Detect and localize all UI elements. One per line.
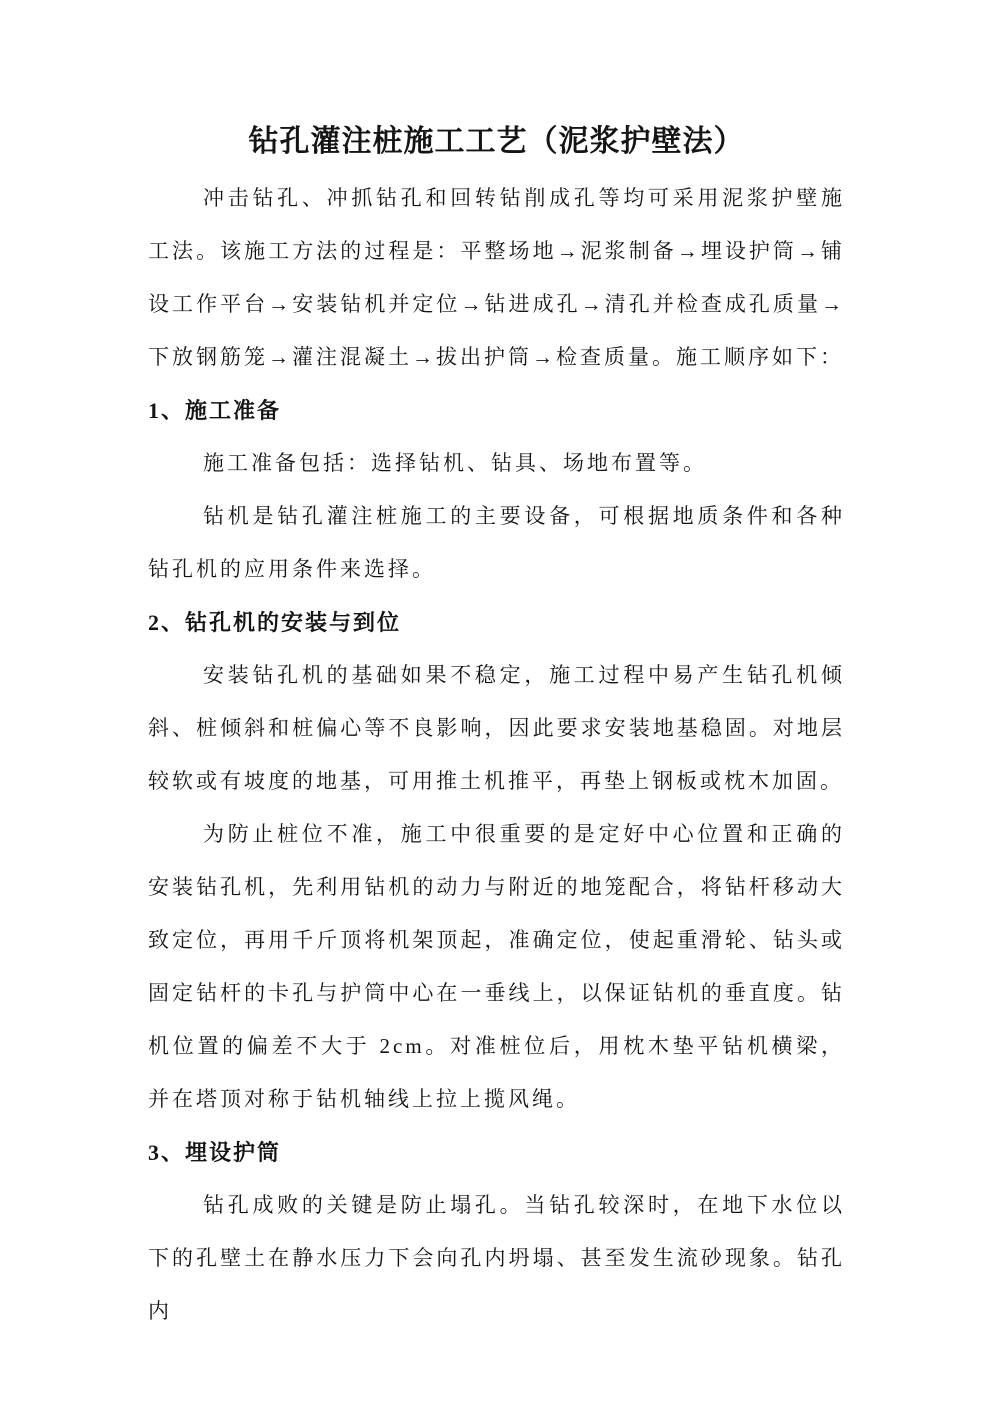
paragraph-rig-foundation: 安装钻孔机的基础如果不稳定，施工过程中易产生钻孔机倾斜、桩倾斜和桩偏心等不良影响… xyxy=(148,649,845,808)
heading-section-1-construction-preparation: 1、施工准备 xyxy=(148,384,845,437)
paragraph-casing-intro: 钻孔成败的关键是防止塌孔。当钻孔较深时，在地下水位以下的孔壁土在静水压力下会向孔… xyxy=(148,1179,845,1338)
paragraph-rig-positioning: 为防止桩位不准，施工中很重要的是定好中心位置和正确的安装钻孔机，先利用钻机的动力… xyxy=(148,808,845,1126)
paragraph-process-overview: 冲击钻孔、冲抓钻孔和回转钻削成孔等均可采用泥浆护壁施工法。该施工方法的过程是：平… xyxy=(148,172,845,384)
heading-section-2-rig-installation: 2、钻孔机的安装与到位 xyxy=(148,596,845,649)
document-title: 钻孔灌注桩施工工艺（泥浆护壁法） xyxy=(148,112,845,172)
paragraph-preparation-scope: 施工准备包括：选择钻机、钻具、场地布置等。 xyxy=(148,437,845,490)
heading-section-3-casing-embedding: 3、埋设护筒 xyxy=(148,1126,845,1179)
paragraph-drill-rig-selection: 钻机是钻孔灌注桩施工的主要设备，可根据地质条件和各种钻孔机的应用条件来选择。 xyxy=(148,490,845,596)
document-page: 钻孔灌注桩施工工艺（泥浆护壁法） 冲击钻孔、冲抓钻孔和回转钻削成孔等均可采用泥浆… xyxy=(0,0,993,1404)
